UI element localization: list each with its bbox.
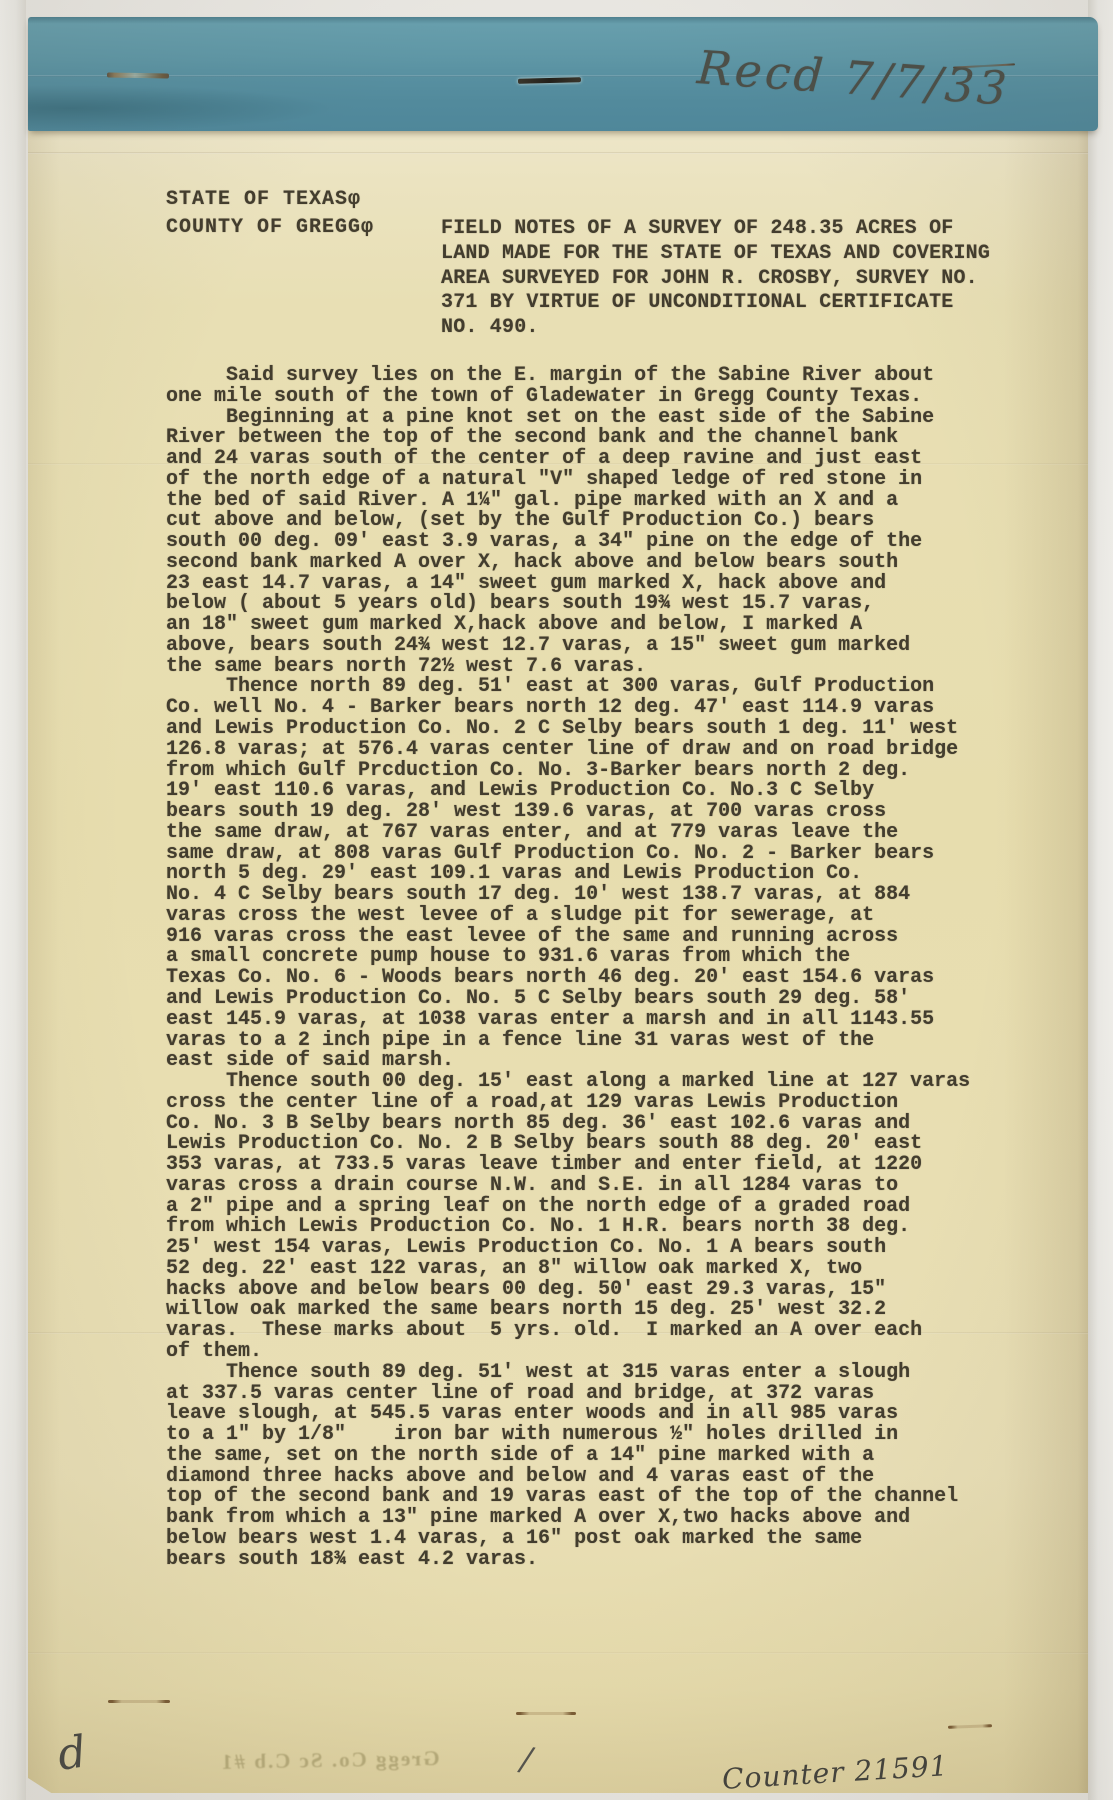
staple-mark — [516, 1712, 576, 1715]
state-of-texas-line: STATE OF TEXASφ — [166, 188, 361, 211]
teal-binder-strip: Recd 7/7/33 — [28, 17, 1098, 131]
staple-mark — [518, 77, 581, 84]
scanned-document: STATE OF TEXASφ COUNTY OF GREGGφ FIELD N… — [0, 0, 1113, 1800]
stamp-bleed-through: Gregg Co. Sc C.b #1 — [220, 1746, 440, 1775]
crease-line — [28, 1652, 1088, 1654]
paper-sheet: STATE OF TEXASφ COUNTY OF GREGGφ FIELD N… — [28, 22, 1088, 1793]
staple-mark — [107, 72, 169, 78]
county-of-gregg-line: COUNTY OF GREGGφ — [166, 216, 374, 239]
handwritten-d-mark: d — [55, 1726, 90, 1780]
crease-line — [28, 152, 1088, 154]
counter-number-note: Counter 21591 — [721, 1749, 949, 1796]
sleeve-edge-right — [1088, 0, 1113, 1800]
sleeve-edge-left — [0, 0, 26, 1800]
staple-mark — [108, 1700, 170, 1703]
field-notes-title-block: FIELD NOTES OF A SURVEY OF 248.35 ACRES … — [441, 217, 990, 341]
page-number-mark: / — [519, 1740, 534, 1779]
staple-mark — [948, 1724, 992, 1729]
received-date-note: Recd 7/7/33 — [695, 40, 1011, 116]
field-notes-body: Said survey lies on the E. margin of the… — [166, 366, 970, 1570]
